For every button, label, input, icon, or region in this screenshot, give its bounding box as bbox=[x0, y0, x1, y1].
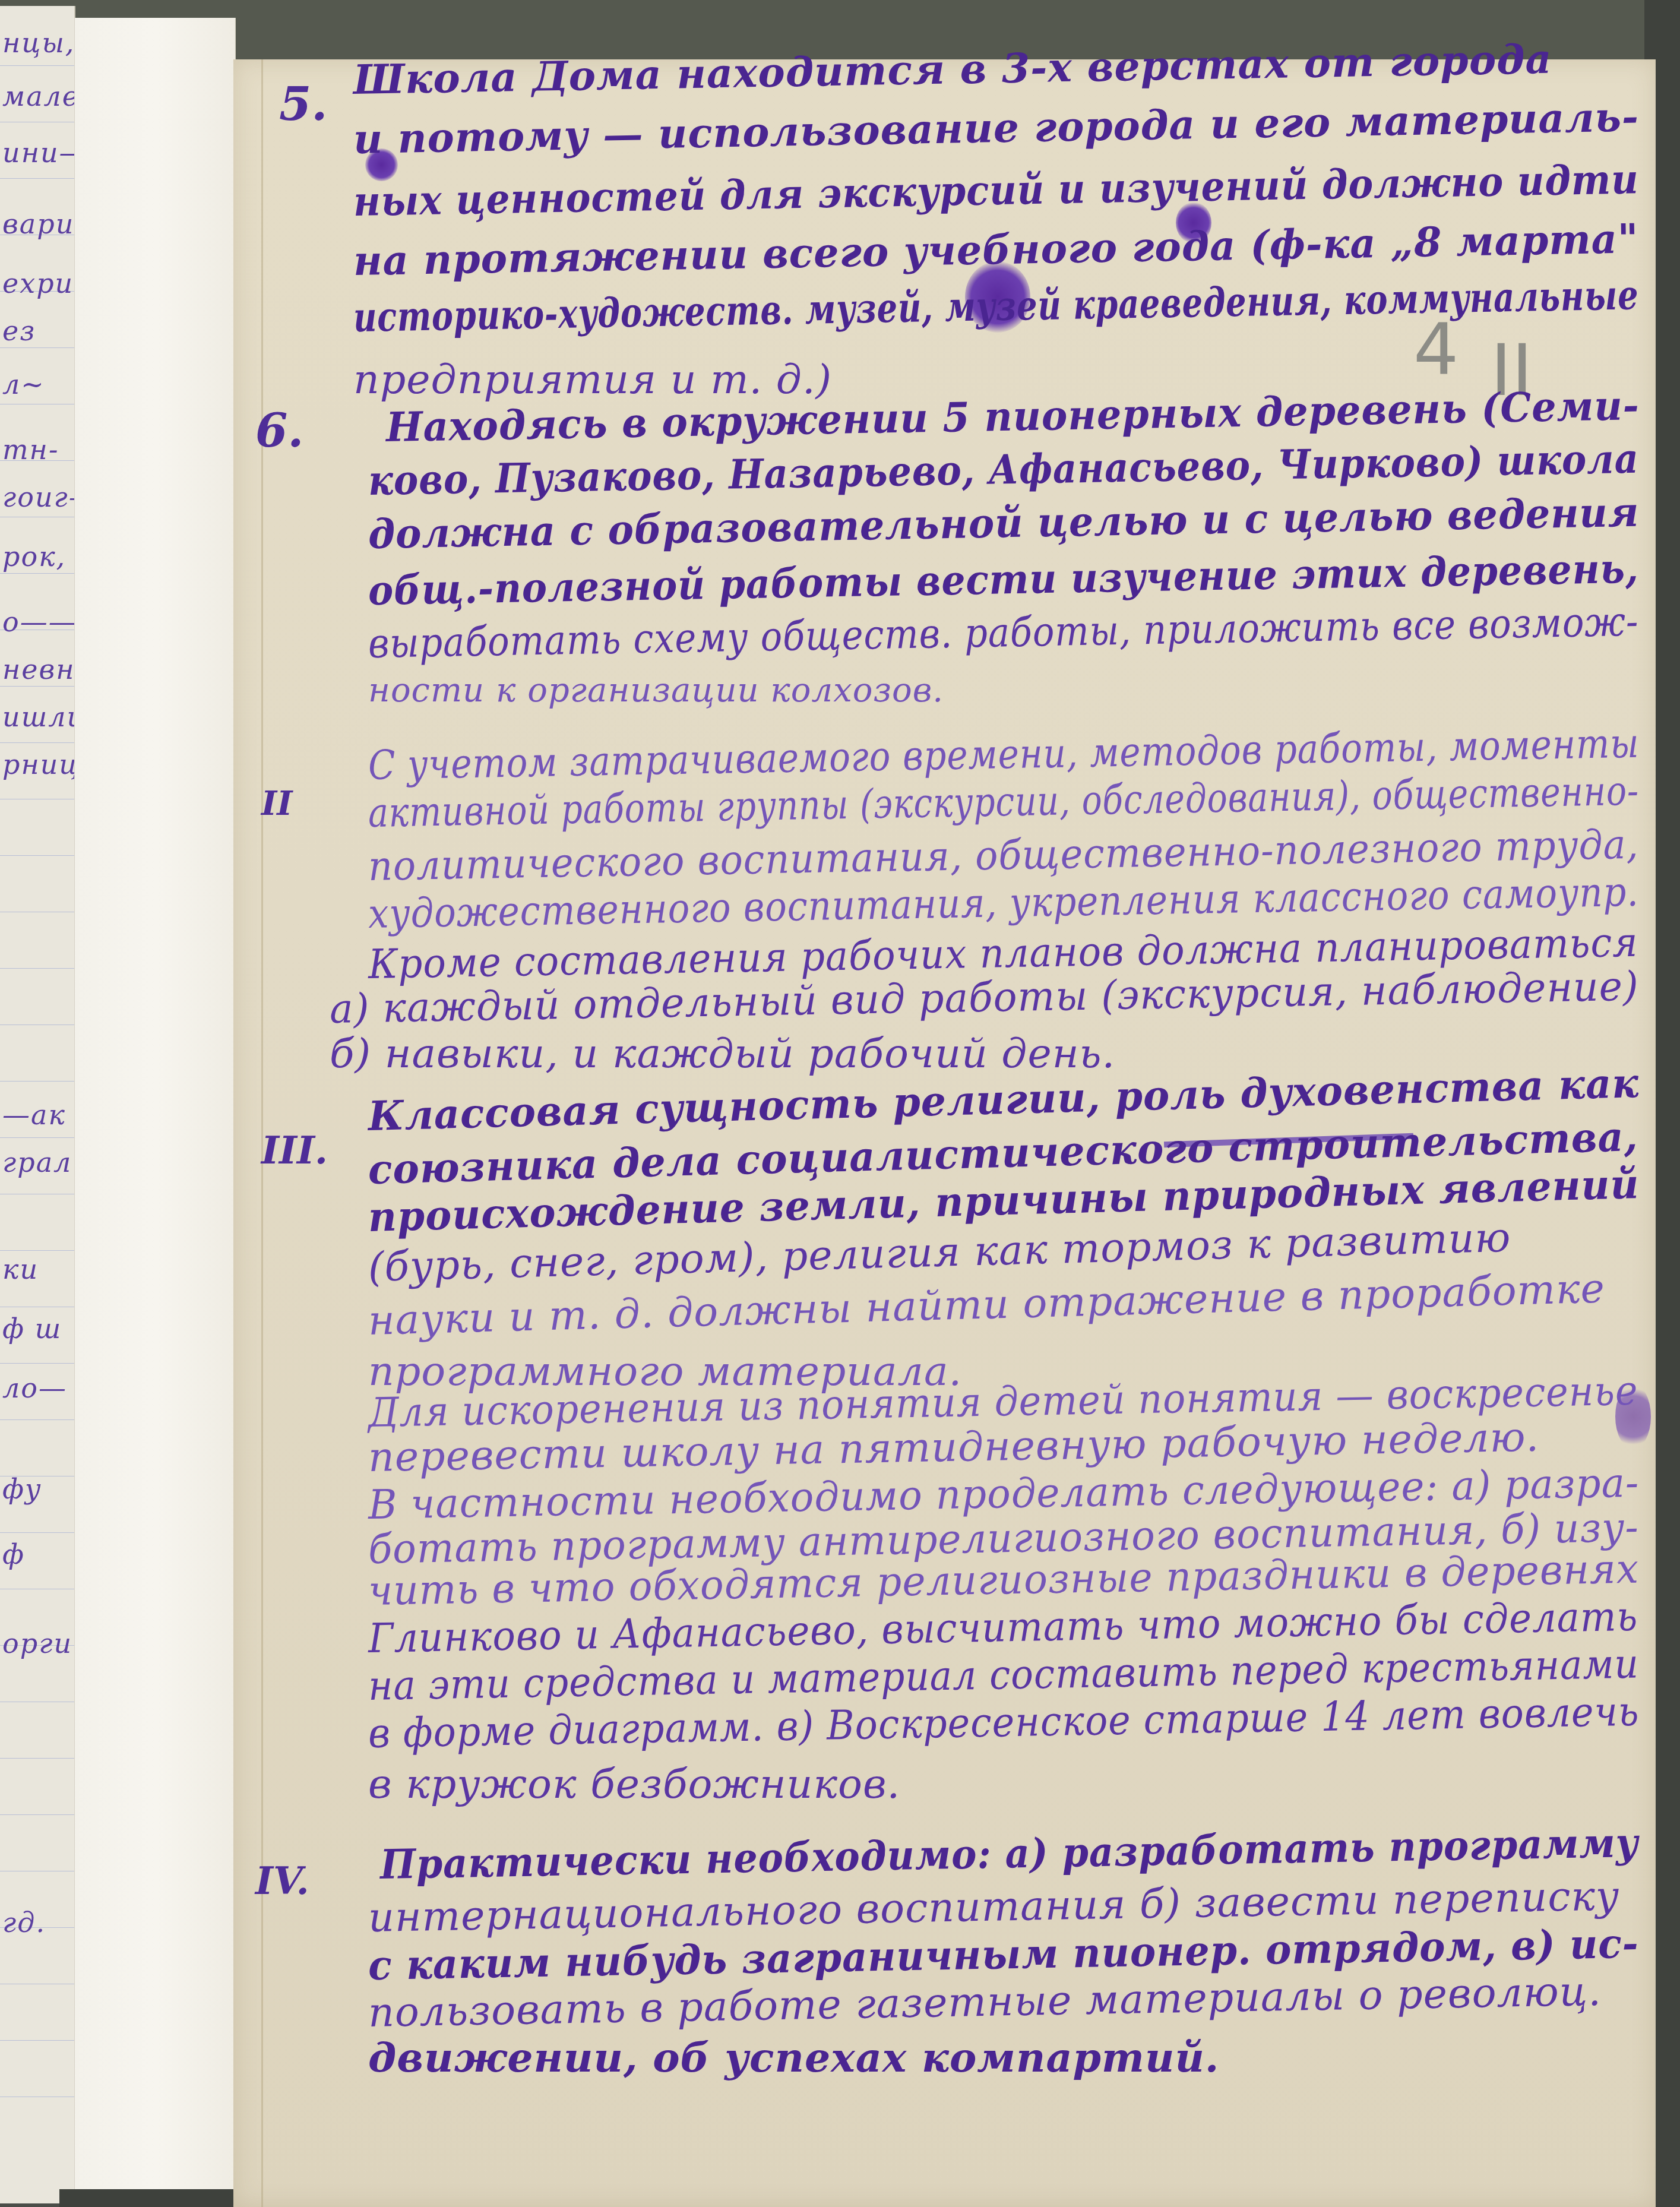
adjacent-lined-page: нцы, мале- ини— вари ехри- ез л~ тн- гои… bbox=[0, 6, 75, 2203]
ruled-line bbox=[0, 855, 74, 856]
ruled-line bbox=[0, 1363, 74, 1364]
ruled-line bbox=[0, 1871, 74, 1871]
ruled-line bbox=[0, 1025, 74, 1025]
ruled-line bbox=[0, 1419, 74, 1420]
ruled-line bbox=[0, 1589, 74, 1589]
left-page-fragment: грал bbox=[2, 1146, 72, 1178]
text-line: движении, об успехах компартий. bbox=[368, 2034, 1220, 2082]
white-paper-strip bbox=[74, 18, 236, 2192]
left-page-fragment: ез bbox=[2, 315, 36, 347]
section-number: IV. bbox=[255, 1859, 309, 1904]
ruled-line bbox=[0, 686, 74, 687]
left-page-fragment: нцы, bbox=[2, 27, 75, 59]
left-page-fragment: ф ш bbox=[2, 1313, 62, 1345]
ruled-line bbox=[0, 1081, 74, 1082]
left-page-fragment: рниця bbox=[2, 748, 75, 780]
ruled-line bbox=[0, 1307, 74, 1307]
left-page-fragment: оргинр bbox=[2, 1627, 75, 1659]
ruled-line bbox=[0, 65, 74, 66]
left-page-fragment: ишли bbox=[2, 701, 75, 733]
ruled-line bbox=[0, 347, 74, 348]
section-number: 5. bbox=[279, 77, 327, 131]
ruled-line bbox=[0, 2040, 74, 2041]
left-page-fragment: рок, bbox=[2, 540, 66, 573]
ruled-line bbox=[0, 1814, 74, 1815]
ruled-line bbox=[0, 968, 74, 969]
left-page-fragment: —ак — bbox=[2, 1099, 75, 1131]
text-line: в кружок безбожников. bbox=[368, 1761, 900, 1808]
left-page-fragment: гоиг— bbox=[2, 481, 75, 513]
ruled-line bbox=[0, 1137, 74, 1138]
left-page-fragment: фу bbox=[2, 1473, 42, 1505]
ruled-line bbox=[0, 573, 74, 574]
section-number: II bbox=[261, 784, 292, 823]
left-page-fragment: ф bbox=[2, 1538, 25, 1570]
ruled-line bbox=[0, 1984, 74, 1984]
left-page-fragment: тн- bbox=[2, 434, 59, 466]
left-page-fragment: мале- bbox=[2, 80, 75, 112]
left-page-fragment: ки bbox=[2, 1253, 39, 1285]
left-page-fragment: гд. bbox=[2, 1906, 46, 1939]
left-page-fragment: ини— bbox=[2, 137, 75, 169]
section-number: 6. bbox=[255, 404, 303, 458]
ruled-line bbox=[0, 1702, 74, 1702]
ruled-line bbox=[0, 1758, 74, 1759]
section-number: III. bbox=[261, 1128, 328, 1173]
ruled-line bbox=[0, 2097, 74, 2097]
text-line: ности к организации колхозов. bbox=[368, 671, 944, 710]
left-page-fragment: вари bbox=[2, 208, 74, 240]
left-page-fragment: о—— bbox=[2, 606, 75, 638]
ruled-line bbox=[0, 178, 74, 179]
ruled-line bbox=[0, 122, 74, 122]
text-line: б) навыки, и каждый рабочий день. bbox=[330, 1030, 1115, 1077]
text-line: предприятия и т. д.) bbox=[353, 356, 832, 403]
scan-background-bottom bbox=[59, 2189, 238, 2207]
ruled-line bbox=[0, 1532, 74, 1533]
ruled-line bbox=[0, 517, 74, 517]
ruled-line bbox=[0, 799, 74, 799]
ruled-line bbox=[0, 1250, 74, 1251]
ruled-line bbox=[0, 1194, 74, 1194]
ruled-line bbox=[0, 404, 74, 404]
left-page-fragment: л~ bbox=[2, 368, 45, 400]
left-page-fragment: ло— bbox=[2, 1372, 67, 1404]
ruled-line bbox=[0, 912, 74, 912]
left-page-fragment: ехри- bbox=[2, 267, 75, 299]
left-page-fragment: невн bbox=[2, 653, 75, 685]
ruled-line bbox=[0, 742, 74, 743]
